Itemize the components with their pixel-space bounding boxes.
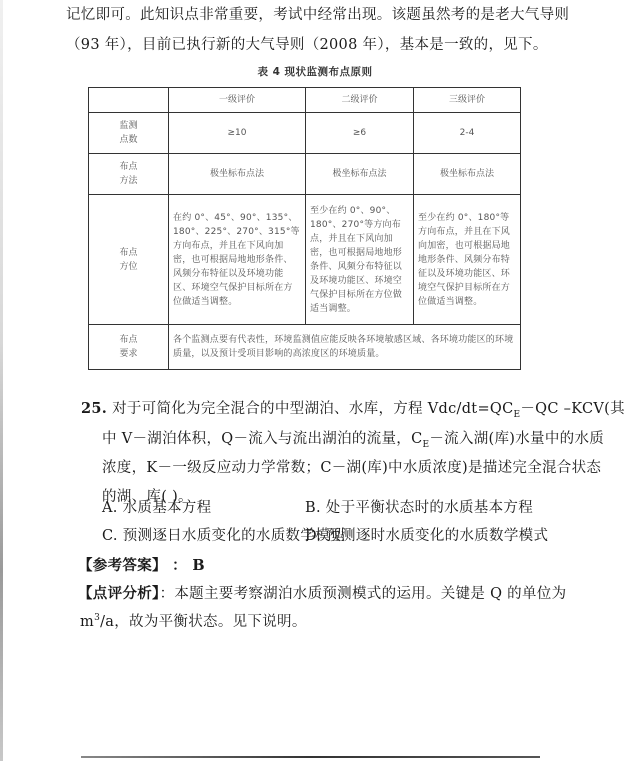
monitoring-table: 一级评价 二级评价 三级评价 监测 点数 ≥10 ≥6 2-4 布点 方法 极坐… <box>88 87 521 370</box>
question-text: －流入湖(库)水量中的水质 <box>429 431 604 447</box>
analysis-text: m <box>80 614 94 630</box>
analysis-text: /a，故为平衡状态。见下说明。 <box>100 614 307 630</box>
table-cell: 在约 0°、45°、90°、135°、180°、225°、270°、315°等方… <box>169 195 306 325</box>
option-text: 处于平衡状态时的水质基本方程 <box>326 500 533 516</box>
answer-line: 【参考答案】 ： B <box>78 557 205 575</box>
row-label: 监测 点数 <box>89 113 169 154</box>
question-text: －QC –KCV(其 <box>520 401 625 417</box>
answer-separator: ： <box>172 557 187 574</box>
intro-line-1: 记忆即可。此知识点非常重要，考试中经常出现。该题虽然考的是老大气导则 <box>66 6 569 24</box>
question-line-2: 中 V－湖泊体积，Q－流入与流出湖泊的流量，CE－流入湖(库)水量中的水质 <box>102 430 604 448</box>
analysis-text: 本题主要考察湖泊水质预测模式的运用。关键是 Q 的单位为 <box>174 586 566 602</box>
table-cell-merged: 各个监测点要有代表性，环境监测值应能反映各环境敏感区域、各环境功能区的环境质量，… <box>169 325 521 370</box>
table-cell: 极坐标布点法 <box>306 154 414 195</box>
analysis-separator: ： <box>160 586 175 602</box>
row-label: 布点 方位 <box>89 195 169 325</box>
table-cell: ≥10 <box>169 113 306 154</box>
row-label-line1: 监测 <box>93 119 164 133</box>
header-cell-level1: 一级评价 <box>169 88 306 113</box>
row-label-line1: 布点 <box>93 160 164 174</box>
question-line-3: 浓度，K－一级反应动力学常数；C－湖(库)中水质浓度)是描述完全混合状态 <box>102 459 601 477</box>
table-cell: 至少在约 0°、90°、180°、270°等方向布点，并且在下风向加密，也可根据… <box>306 195 414 325</box>
table-caption: 表 4 现状监测布点原则 <box>0 64 630 79</box>
analysis-line-2: m3/a，故为平衡状态。见下说明。 <box>80 613 307 631</box>
row-label-line1: 布点 <box>93 333 164 347</box>
header-cell-empty <box>89 88 169 113</box>
answer-value: B <box>192 557 205 574</box>
option-key: D. <box>305 528 321 544</box>
header-cell-level3: 三级评价 <box>414 88 521 113</box>
table-header-row: 一级评价 二级评价 三级评价 <box>89 88 521 113</box>
option-a: A. 水质基本方程 <box>102 499 211 517</box>
table-cell: 极坐标布点法 <box>414 154 521 195</box>
table-cell: 极坐标布点法 <box>169 154 306 195</box>
option-d: D. 预测逐时水质变化的水质数学模式 <box>305 527 548 545</box>
question-text: 中 V－湖泊体积，Q－流入与流出湖泊的流量，C <box>102 431 422 447</box>
row-label-line2: 要求 <box>93 347 164 361</box>
option-key: A. <box>102 500 118 516</box>
scan-edge <box>0 0 3 761</box>
table-row: 监测 点数 ≥10 ≥6 2-4 <box>89 113 521 154</box>
table-row: 布点 方法 极坐标布点法 极坐标布点法 极坐标布点法 <box>89 154 521 195</box>
answer-label: 【参考答案】 <box>78 557 167 574</box>
table-cell: 至少在约 0°、180°等方向布点，并且在下风向加密，也可根据局地地形条件、风频… <box>414 195 521 325</box>
table-row: 布点 要求 各个监测点要有代表性，环境监测值应能反映各环境敏感区域、各环境功能区… <box>89 325 521 370</box>
row-label-line1: 布点 <box>93 246 164 260</box>
option-text: 预测逐时水质变化的水质数学模式 <box>326 528 548 544</box>
footer-rule <box>81 756 540 758</box>
option-key: B. <box>305 500 321 516</box>
row-label-line2: 方法 <box>93 174 164 188</box>
analysis-line-1: 【点评分析】：本题主要考察湖泊水质预测模式的运用。关键是 Q 的单位为 <box>78 585 566 603</box>
option-key: C. <box>102 528 118 544</box>
header-cell-level2: 二级评价 <box>306 88 414 113</box>
table-cell: ≥6 <box>306 113 414 154</box>
option-b: B. 处于平衡状态时的水质基本方程 <box>305 499 533 517</box>
question-text: 对于可简化为完全混合的中型湖泊、水库，方程 Vdc/dt=QC <box>112 401 513 417</box>
question-line-1: 25. 对于可简化为完全混合的中型湖泊、水库，方程 Vdc/dt=QCE－QC … <box>81 400 625 418</box>
option-text: 水质基本方程 <box>123 500 212 516</box>
row-label-line2: 点数 <box>93 133 164 147</box>
table-row: 布点 方位 在约 0°、45°、90°、135°、180°、225°、270°、… <box>89 195 521 325</box>
row-label: 布点 方法 <box>89 154 169 195</box>
row-label: 布点 要求 <box>89 325 169 370</box>
intro-line-2: （93 年），目前已执行新的大气导则（2008 年），基本是一致的，见下。 <box>66 36 548 54</box>
row-label-line2: 方位 <box>93 260 164 274</box>
table-cell: 2-4 <box>414 113 521 154</box>
question-number: 25. <box>81 400 107 417</box>
analysis-label: 【点评分析】 <box>78 585 160 602</box>
